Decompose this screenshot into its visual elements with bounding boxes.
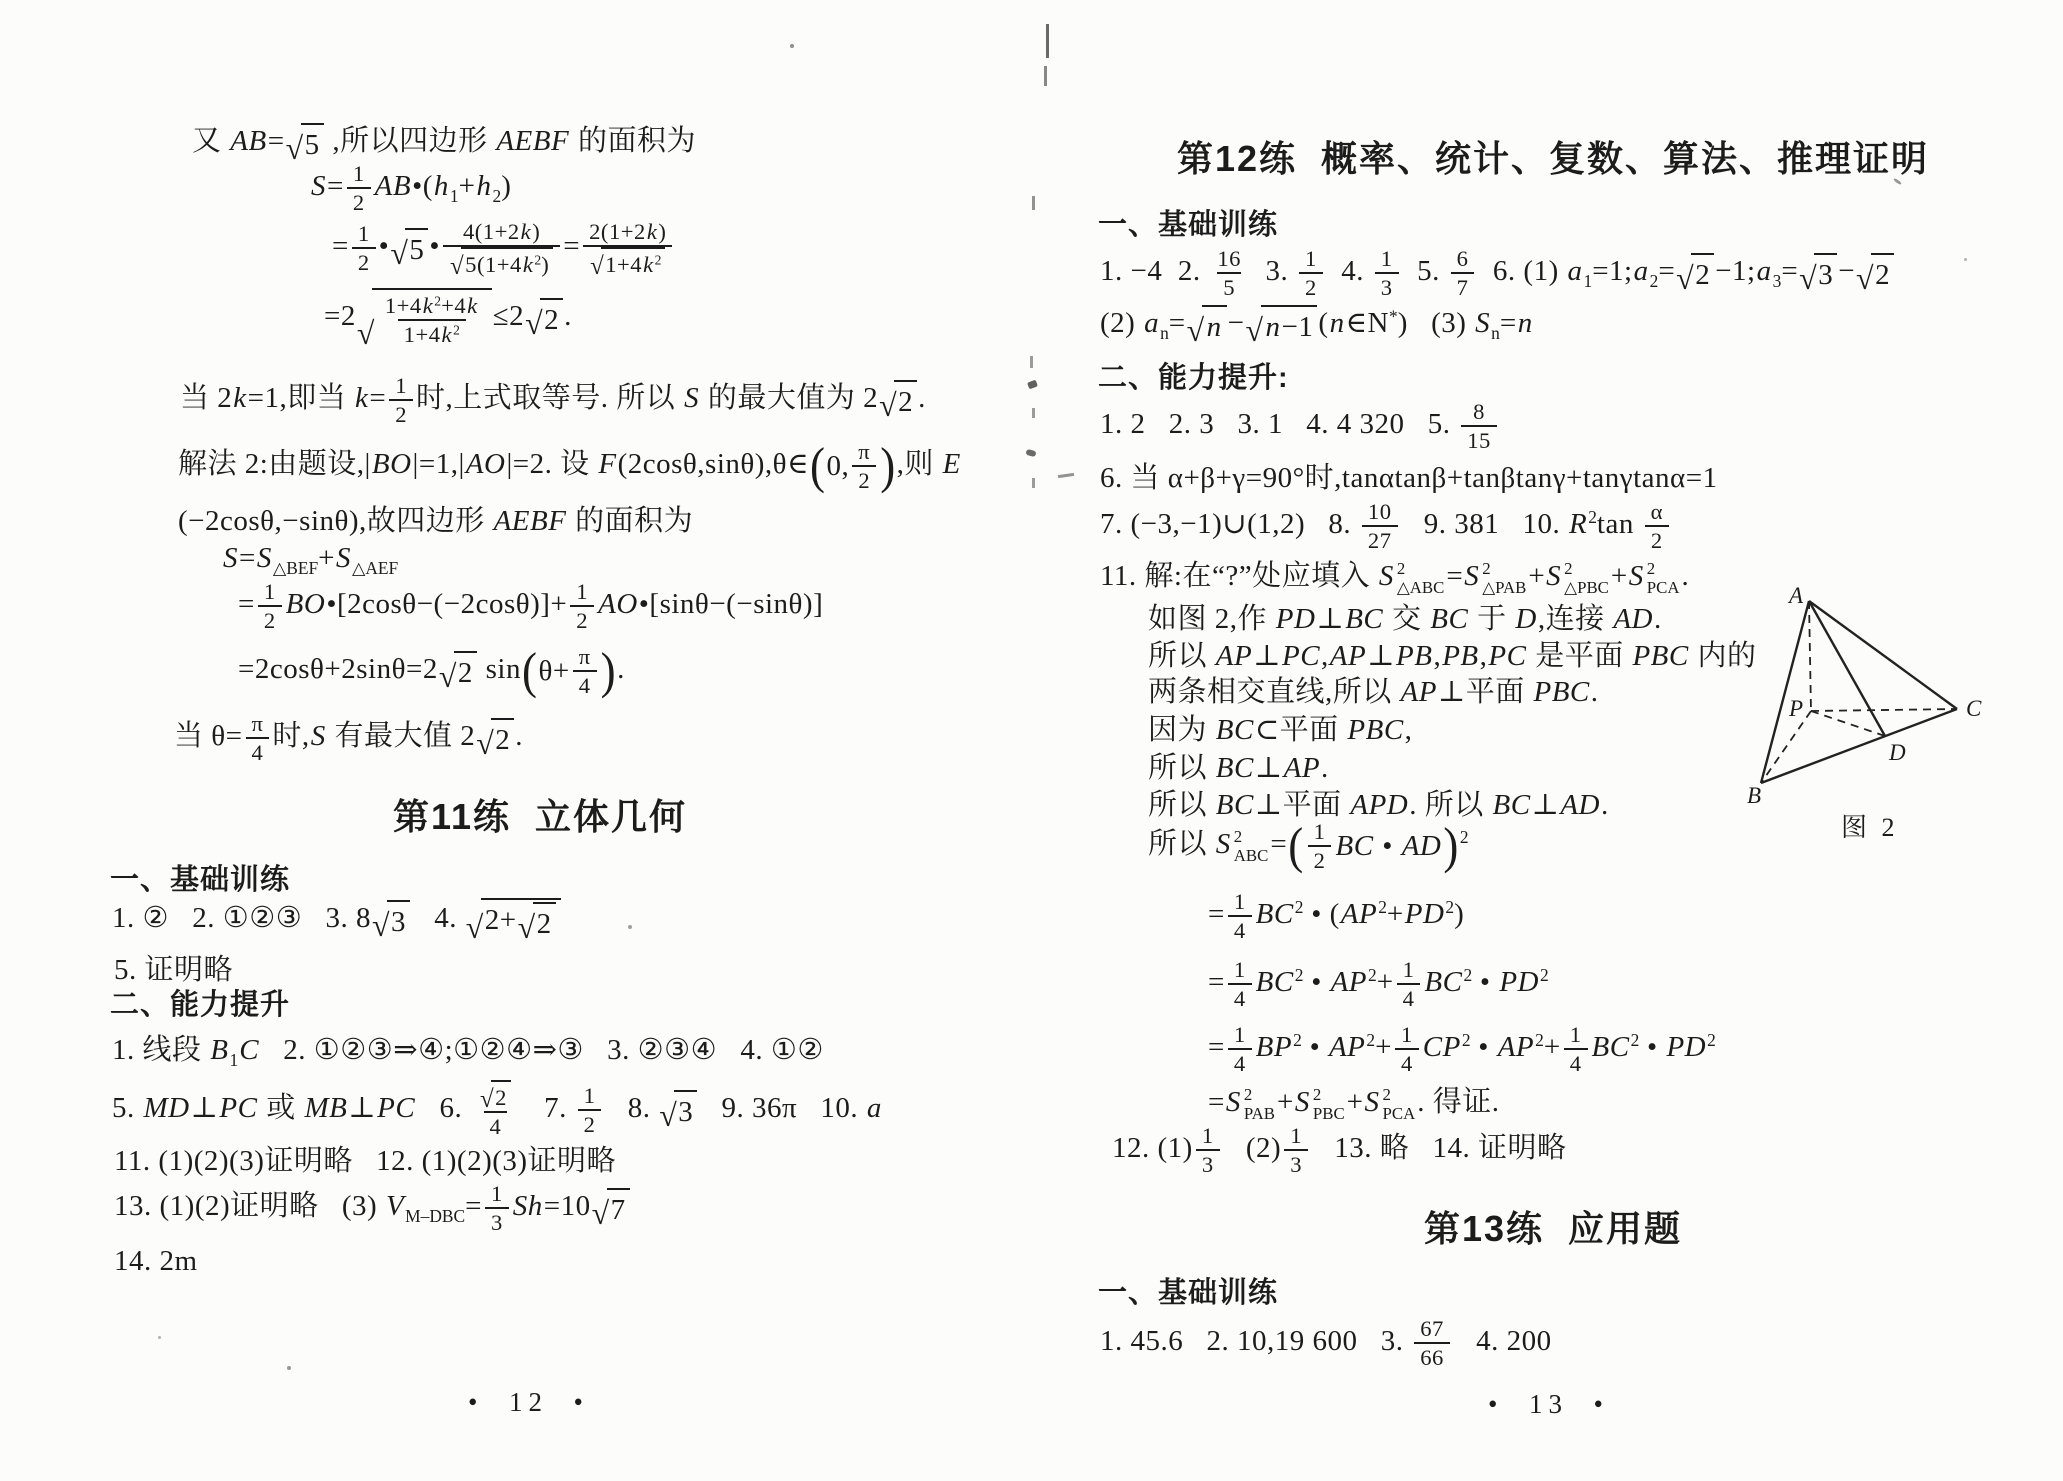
- answers-ability-1-4: 1. 线段 B1C 2. ①②③⇒④;①②④⇒③ 3. ②③④ 4. ①②: [112, 1032, 824, 1072]
- scan-speck: [158, 1336, 161, 1339]
- scan-fold-mark: [1032, 478, 1035, 488]
- page-number-left: • 12 •: [468, 1386, 589, 1420]
- answer-11-statement: 11. 解:在“?”处应填入 S2△ABC=S2△PAB+S2△PBC+S2PC…: [1100, 558, 1689, 598]
- formula-s-simplified: =2cosθ+2sinθ=2√2 sin(θ+π4).: [238, 643, 625, 699]
- practice-11-title: 第11练 立体几何: [110, 794, 970, 839]
- vertex-label-d: D: [1888, 740, 1906, 765]
- scan-speck: [790, 44, 794, 48]
- formula-s-triangle-sum: S=S△BEF+S△AEF: [222, 540, 398, 580]
- answers-12-14: 12. (1)13 (2)13 13. 略 14. 证明略: [1112, 1122, 1567, 1178]
- answer-ability-6: 6. 当 α+β+γ=90°时,tanαtanβ+tanβtanγ+tanγta…: [1100, 460, 1718, 496]
- equality-condition-text: 当 2k=1,即当 k=12时,上式取等号. 所以 S 的最大值为 2√2.: [180, 372, 926, 428]
- figure-2-caption: 图 2: [1841, 813, 1899, 842]
- formula-sabc-squared: 所以 S2ABC=(12BC • AD)2: [1148, 818, 1469, 874]
- scan-fold-mark: [1044, 66, 1047, 86]
- scan-fold-mark: [1030, 356, 1033, 368]
- section-head-ability: 二、能力提升:: [1098, 360, 1289, 396]
- practice-13-title: 第13练 应用题: [1123, 1206, 1983, 1251]
- method2-point-e-text: (−2cosθ,−sinθ),故四边形 AEBF 的面积为: [178, 503, 693, 539]
- vertex-label-a: A: [1787, 583, 1804, 608]
- answers-13-basic-1-4: 1. 45.6 2. 10,19 600 3. 6766 4. 200: [1100, 1315, 1552, 1371]
- answers-ability-11-12: 11. (1)(2)(3)证明略 12. (1)(2)(3)证明略: [114, 1143, 616, 1179]
- formula-area-expansion: =12•√5•4(1+2k)√5(1+4k2)=2(1+2k)√1+4k2: [332, 218, 675, 279]
- solution-text-quadrilateral-area: 又 AB=√5 ,所以四边形 AEBF 的面积为: [192, 123, 696, 163]
- formula-expansion-2: =14BC2 • AP2+14BC2 • PD2: [1208, 956, 1549, 1012]
- section-head-ability: 二、能力提升: [110, 987, 290, 1023]
- answer-11-proof-line-4: 所以 BC⊥AP.: [1148, 750, 1329, 786]
- formula-area-definition: S=12AB•(h1+h2): [310, 160, 511, 216]
- answers-ability-1-5: 1. 2 2. 3 3. 1 4. 4 320 5. 815: [1100, 398, 1500, 454]
- section-head-basic-training: 一、基础训练: [1098, 207, 1278, 243]
- answer-basic-5: 5. 证明略: [114, 952, 233, 988]
- scanned-answer-spread: 又 AB=√5 ,所以四边形 AEBF 的面积为 S=12AB•(h1+h2) …: [0, 0, 2063, 1481]
- tetrahedron-diagram: A P B C D 图 2: [1745, 583, 2017, 868]
- page-number-right: • 13 •: [1488, 1388, 1609, 1422]
- vertex-label-p: P: [1788, 696, 1803, 721]
- answers-basic-6-continued: (2) an=√n−√n−1(n∈N*) (3) Sn=n: [1100, 305, 1534, 345]
- max-value-conclusion-text: 当 θ=π4时,S 有最大值 2√2.: [174, 710, 523, 766]
- scan-fold-mark: [1027, 380, 1038, 390]
- formula-expansion-1: =14BC2 • (AP2+PD2): [1208, 888, 1464, 944]
- answer-ability-14: 14. 2m: [114, 1243, 198, 1279]
- answers-ability-5-10: 5. MD⊥PC 或 MB⊥PC 6. √24 7. 12 8. √3 9. 3…: [112, 1080, 883, 1141]
- scan-fold-mark: [1032, 196, 1035, 210]
- answers-ability-7-10: 7. (−3,−1)∪(1,2) 8. 1027 9. 381 10. R2ta…: [1100, 498, 1672, 554]
- method2-setup-text: 解法 2:由题设,|BO|=1,|AO|=2. 设 F(2cosθ,sinθ),…: [178, 438, 962, 494]
- section-head-basic-training: 一、基础训练: [110, 862, 290, 898]
- formula-area-bound: =2√1+4k2+4k1+4k2≤2√2.: [324, 288, 572, 348]
- formula-s-triangle-expansion: =12BO•[2cosθ−(−2cosθ)]+12AO•[sinθ−(−sinθ…: [238, 578, 823, 634]
- scan-speck: [287, 1366, 291, 1370]
- scan-speck: [1964, 258, 1967, 261]
- figure-2-tetrahedron: A P B C D 图 2: [1745, 583, 2017, 868]
- answer-11-proof-line-3: 因为 BC⊂平面 PBC,: [1148, 712, 1412, 748]
- section-head-basic-training-13: 一、基础训练: [1098, 1275, 1278, 1311]
- scan-fold-mark: [1025, 449, 1036, 457]
- scan-fold-mark: [1032, 408, 1035, 418]
- answers-basic-1-6: 1. −4 2. 165 3. 12 4. 13 5. 67 6. (1) a1…: [1100, 245, 1895, 301]
- answer-11-proof-line-2: 两条相交直线,所以 AP⊥平面 PBC.: [1148, 674, 1599, 710]
- vertex-label-c: C: [1966, 696, 1982, 721]
- practice-12-title: 第12练 概率、统计、复数、算法、推理证明: [1123, 136, 1983, 181]
- answer-11-proof-line-1: 所以 AP⊥PC,AP⊥PB,PB,PC 是平面 PBC 内的: [1148, 638, 1757, 674]
- answer-11-construction: 如图 2,作 PD⊥BC 交 BC 于 D,连接 AD.: [1148, 601, 1662, 637]
- formula-expansion-3: =14BP2 • AP2+14CP2 • AP2+14BC2 • PD2: [1208, 1021, 1716, 1077]
- formula-conclusion-qed: =S2PAB+S2PBC+S2PCA. 得证.: [1208, 1084, 1500, 1124]
- vertex-label-b: B: [1747, 783, 1761, 808]
- answers-ability-13: 13. (1)(2)证明略 (3) VM–DBC=13Sh=10√7: [114, 1180, 631, 1236]
- scan-fold-mark: [1046, 24, 1049, 58]
- answers-basic-1-4: 1. ② 2. ①②③ 3. 8√3 4. √2+√2: [112, 898, 562, 942]
- scan-speck: [628, 925, 632, 929]
- scan-dash-mark: [1058, 473, 1074, 478]
